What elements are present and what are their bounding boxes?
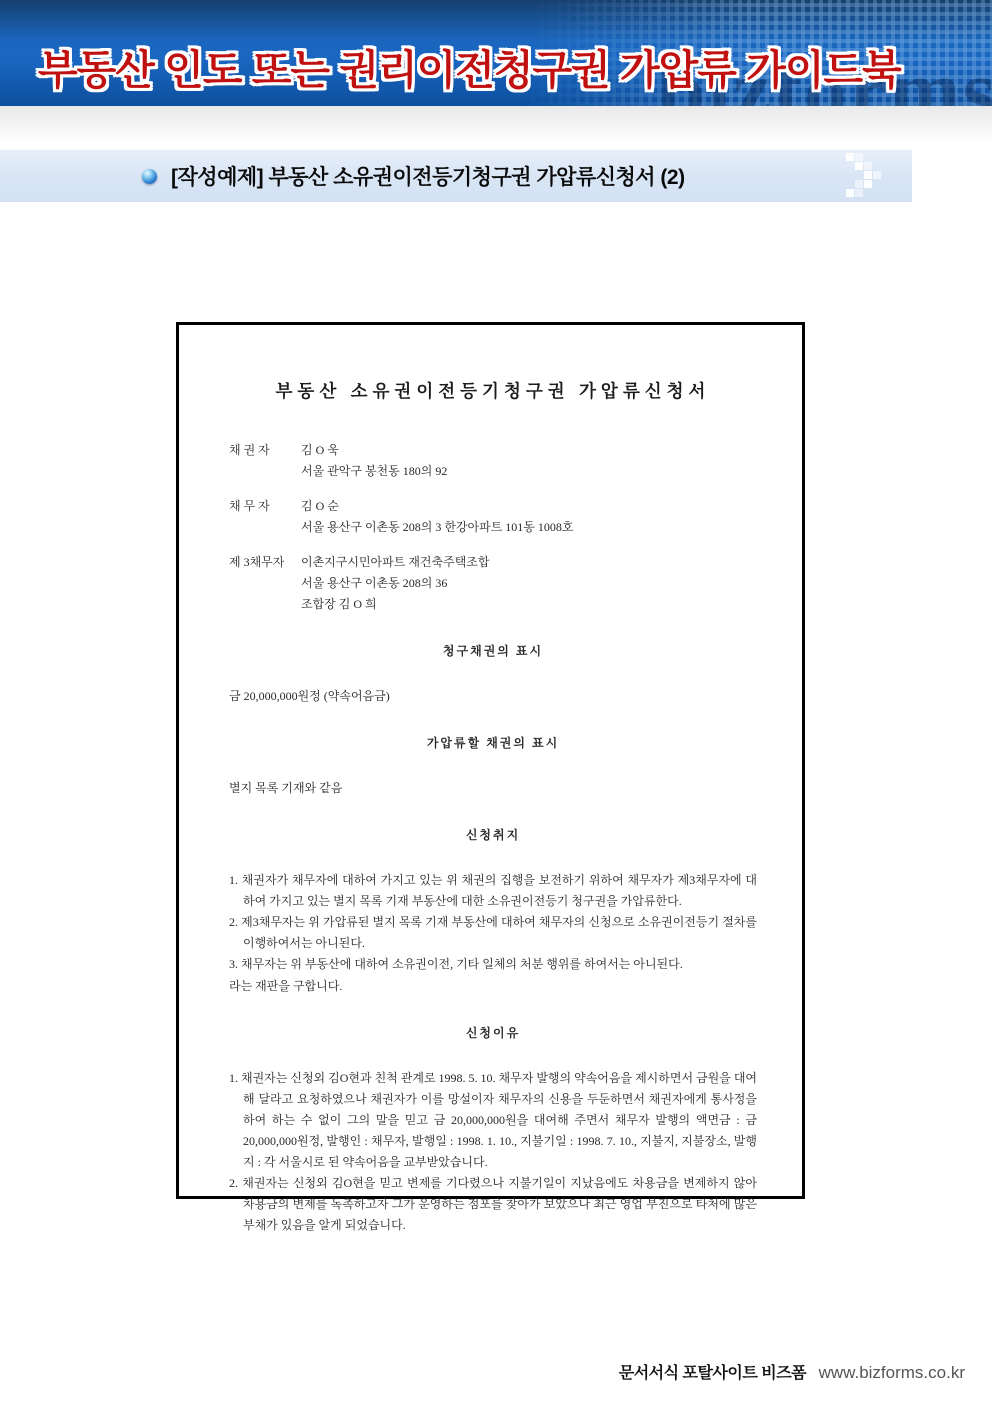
- claim-heading: 청구채권의 표시: [229, 641, 757, 662]
- party-role-name: 채 무 자김 O 순: [229, 496, 757, 517]
- party-representative: 조합장 김 O 희: [301, 594, 757, 615]
- reason-item: 2. 채권자는 신청외 김O현을 믿고 변제를 기다렸으나 지불기일이 지났음에…: [229, 1173, 757, 1236]
- party-name: 이촌지구시민아파트 재건축주택조합: [301, 555, 489, 569]
- document-title: 부동산 소유권이전등기청구권 가압류신청서: [229, 381, 757, 402]
- purpose-item: 2. 제3채무자는 위 가압류된 별지 목록 기재 부동산에 대하여 채무자의 …: [229, 912, 757, 954]
- guidebook-title: 부동산 인도 또는 권리이전청구권 가압류 가이드북: [38, 37, 901, 96]
- attachment-text: 별지 목록 기재와 같음: [229, 778, 757, 799]
- reason-item: 1. 채권자는 신청외 김O현과 친척 관계로 1998. 5. 10. 채무자…: [229, 1068, 757, 1173]
- banner-shadow: [0, 106, 992, 150]
- section-header-bar: [작성예제] 부동산 소유권이전등기청구권 가압류신청서 (2): [0, 150, 912, 202]
- purpose-heading: 신청취지: [229, 825, 757, 846]
- party-address: 서울 용산구 이촌동 208의 36: [301, 573, 757, 594]
- purpose-item: 1. 채권자가 채무자에 대하여 가지고 있는 위 채권의 집행을 보전하기 위…: [229, 870, 757, 912]
- party-role: 채 권 자: [229, 440, 301, 461]
- document-preview: 부동산 소유권이전등기청구권 가압류신청서 채 권 자김 O 욱 서울 관악구 …: [176, 322, 805, 1199]
- claim-amount: 금 20,000,000원정 (약속어음금): [229, 686, 757, 707]
- pixel-chevron-right-icon: [846, 153, 894, 199]
- party-address: 서울 용산구 이촌동 208의 3 한강아파트 101동 1008호: [301, 517, 757, 538]
- section-title: [작성예제] 부동산 소유권이전등기청구권 가압류신청서 (2): [171, 161, 685, 191]
- attachment-heading: 가압류할 채권의 표시: [229, 733, 757, 754]
- footer-url: www.bizforms.co.kr: [819, 1363, 965, 1382]
- page-footer: 문서서식 포탈사이트 비즈폼 www.bizforms.co.kr: [619, 1360, 965, 1383]
- party-name: 김 O 욱: [301, 443, 339, 457]
- header-banner: bizforms 부동산 인도 또는 권리이전청구권 가압류 가이드북: [0, 0, 992, 106]
- party-role-name: 제 3채무자이촌지구시민아파트 재건축주택조합: [229, 552, 757, 573]
- party-address: 서울 관악구 봉천동 180의 92: [301, 461, 757, 482]
- party-debtor: 채 무 자김 O 순 서울 용산구 이촌동 208의 3 한강아파트 101동 …: [229, 496, 757, 538]
- purpose-tail: 라는 재판을 구합니다.: [229, 976, 757, 997]
- footer-site-label: 문서서식 포탈사이트 비즈폼: [619, 1365, 806, 1382]
- reason-heading: 신청이유: [229, 1023, 757, 1044]
- party-creditor: 채 권 자김 O 욱 서울 관악구 봉천동 180의 92: [229, 440, 757, 482]
- sphere-bullet-icon: [142, 169, 157, 184]
- party-name: 김 O 순: [301, 499, 339, 513]
- party-role: 채 무 자: [229, 496, 301, 517]
- purpose-item: 3. 채무자는 위 부동산에 대하여 소유권이전, 기타 일체의 처분 행위를 …: [229, 954, 757, 975]
- party-role: 제 3채무자: [229, 552, 301, 573]
- party-role-name: 채 권 자김 O 욱: [229, 440, 757, 461]
- party-third-debtor: 제 3채무자이촌지구시민아파트 재건축주택조합 서울 용산구 이촌동 208의 …: [229, 552, 757, 615]
